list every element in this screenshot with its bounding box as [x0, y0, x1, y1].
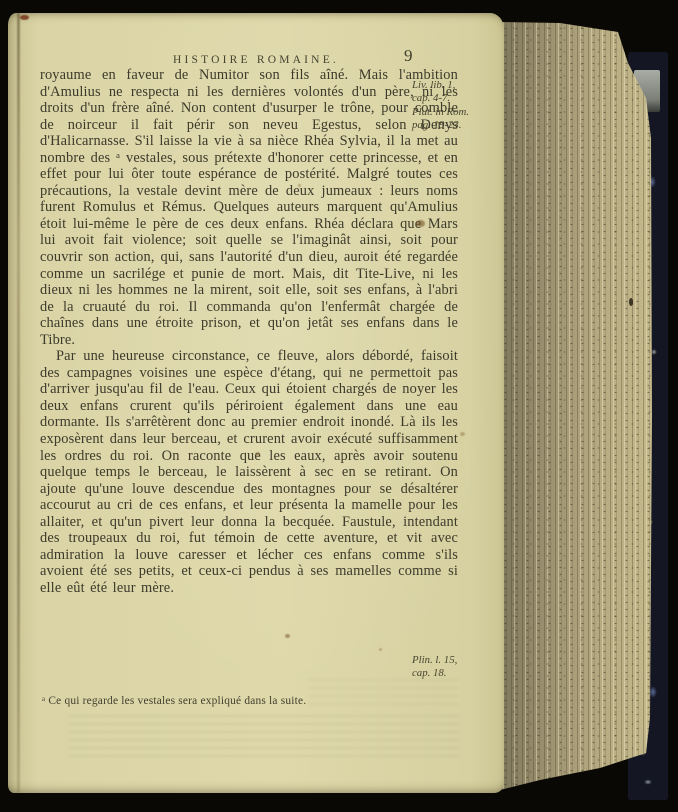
foxing-spot	[460, 432, 465, 436]
page-number: 9	[404, 46, 413, 66]
book-photo: HISTOIRE ROMAINE. 9 Liv. lib. 1, cap. 4-…	[0, 0, 678, 812]
foxing-spot	[629, 298, 633, 306]
book-page: HISTOIRE ROMAINE. 9 Liv. lib. 1, cap. 4-…	[8, 13, 504, 793]
running-header: HISTOIRE ROMAINE.	[156, 54, 356, 66]
foxing-spot	[255, 452, 260, 456]
body-paragraph-2: Par une heureuse circonstance, ce fleuve…	[40, 348, 458, 596]
foxing-spot	[379, 648, 382, 651]
binding-mark	[20, 15, 29, 20]
page-crease	[17, 13, 20, 793]
book-fore-edge-pages	[500, 18, 652, 794]
foxing-spot	[285, 634, 290, 638]
foxing-spot	[416, 220, 425, 227]
show-through-text	[308, 679, 458, 707]
margin-note-bottom: Plin. l. 15, cap. 18.	[412, 654, 504, 681]
show-through-text	[68, 715, 460, 761]
body-paragraph-1: royaume en faveur de Numitor son fils aî…	[40, 67, 458, 348]
foxing-spot	[298, 184, 301, 187]
margin-note-line: Plin. l. 15,	[412, 654, 504, 667]
body-text: royaume en faveur de Numitor son fils aî…	[40, 67, 458, 597]
